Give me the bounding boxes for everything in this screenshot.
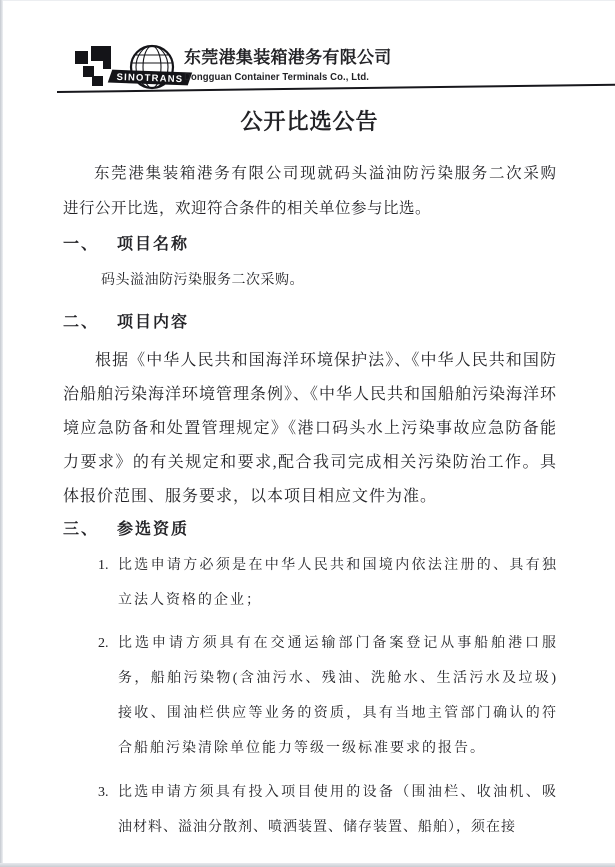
list-item: 3. 比选申请方须具有投入项目使用的设备（围油栏、收油机、吸 油材料、溢油分散剂… bbox=[98, 775, 556, 845]
section-1-body: 码头溢油防污染服务二次采购。 bbox=[63, 268, 556, 294]
company-name-cn: 东莞港集装箱港务有限公司 bbox=[184, 47, 392, 68]
document-content: 公开比选公告 东莞港集装箱港务有限公司现就码头溢油防污染服务二次采购 进行公开比… bbox=[63, 106, 556, 845]
text-line: 力要求》的有关规定和要求,配合我司完成相关污染防治工作。具 bbox=[63, 446, 556, 480]
section-2-heading: 二、项目内容 bbox=[63, 310, 556, 336]
section-1-heading: 一、项目名称 bbox=[63, 232, 556, 258]
text-line: 合船舶污染清除单位能力等级一级标准要求的报告。 bbox=[118, 731, 556, 766]
section-1-title: 项目名称 bbox=[117, 236, 189, 253]
text-line: 比选申请方必须是在中华人民共和国境内依法注册的、具有独 bbox=[118, 548, 556, 583]
list-item-number: 1. bbox=[98, 548, 118, 618]
page-edge-bottom bbox=[0, 863, 615, 867]
page-edge-left bbox=[0, 0, 3, 867]
text-line: 治船舶污染海洋环境管理条例》、《中华人民共和国船舶污染海洋环 bbox=[63, 378, 556, 412]
section-2-title: 项目内容 bbox=[117, 314, 189, 331]
text-line: 比选申请方须具有投入项目使用的设备（围油栏、收油机、吸 bbox=[118, 775, 556, 810]
text-line: 接收、围油栏供应等业务的资质，具有当地主管部门确认的符 bbox=[118, 696, 556, 731]
list-item: 2. 比选申请方须具有在交通运输部门备案登记从事船舶港口服 务，船舶污染物(含油… bbox=[98, 626, 556, 766]
company-name-en: Dongguan Container Terminals Co., Ltd. bbox=[184, 72, 381, 83]
text-line: 比选申请方须具有在交通运输部门备案登记从事船舶港口服 bbox=[118, 626, 556, 661]
page-edge-top bbox=[0, 0, 615, 1]
document-title: 公开比选公告 bbox=[63, 106, 556, 138]
qualification-list: 1. 比选申请方必须是在中华人民共和国境内依法注册的、具有独 立法人资格的企业；… bbox=[63, 548, 556, 845]
text-line: 进行公开比选，欢迎符合条件的相关单位参与比选。 bbox=[63, 191, 556, 226]
section-3-number: 三、 bbox=[63, 517, 117, 543]
text-line: 务，船舶污染物(含油污水、残油、洗舱水、生活污水及垃圾) bbox=[118, 661, 556, 696]
list-item-number: 3. bbox=[98, 775, 118, 845]
section-2-number: 二、 bbox=[63, 310, 117, 336]
list-item-text: 比选申请方必须是在中华人民共和国境内依法注册的、具有独 立法人资格的企业； bbox=[118, 548, 556, 618]
list-item-text: 比选申请方须具有在交通运输部门备案登记从事船舶港口服 务，船舶污染物(含油污水、… bbox=[118, 626, 556, 766]
text-line: 东莞港集装箱港务有限公司现就码头溢油防污染服务二次采购 bbox=[63, 156, 556, 191]
list-item-text: 比选申请方须具有投入项目使用的设备（围油栏、收油机、吸 油材料、溢油分散剂、喷洒… bbox=[118, 775, 556, 845]
section-3-title: 参选资质 bbox=[117, 521, 189, 538]
text-line: 根据《中华人民共和国海洋环境保护法》、《中华人民共和国防 bbox=[63, 344, 556, 378]
text-line: 油材料、溢油分散剂、喷洒装置、储存装置、船舶），须在接 bbox=[118, 810, 556, 845]
section-3-heading: 三、参选资质 bbox=[63, 517, 556, 543]
section-1-number: 一、 bbox=[63, 232, 117, 258]
section-2-paragraph: 根据《中华人民共和国海洋环境保护法》、《中华人民共和国防 治船舶污染海洋环境管理… bbox=[63, 344, 556, 514]
text-line: 立法人资格的企业； bbox=[118, 583, 556, 618]
scanned-document-page: { "header": { "brand": "SINOTRANS", "com… bbox=[0, 0, 615, 867]
intro-paragraph: 东莞港集装箱港务有限公司现就码头溢油防污染服务二次采购 进行公开比选，欢迎符合条… bbox=[63, 156, 556, 226]
list-item: 1. 比选申请方必须是在中华人民共和国境内依法注册的、具有独 立法人资格的企业； bbox=[98, 548, 556, 618]
company-identity: 东莞港集装箱港务有限公司 Dongguan Container Terminal… bbox=[184, 47, 392, 83]
sinotrans-banner-text: SINOTRANS bbox=[116, 72, 183, 85]
text-line: 境应急防备和处置管理规定》《港口码头水上污染事故应急防备能 bbox=[63, 412, 556, 446]
text-line: 体报价范围、服务要求，以本项目相应文件为准。 bbox=[63, 480, 556, 514]
list-item-number: 2. bbox=[98, 626, 118, 766]
